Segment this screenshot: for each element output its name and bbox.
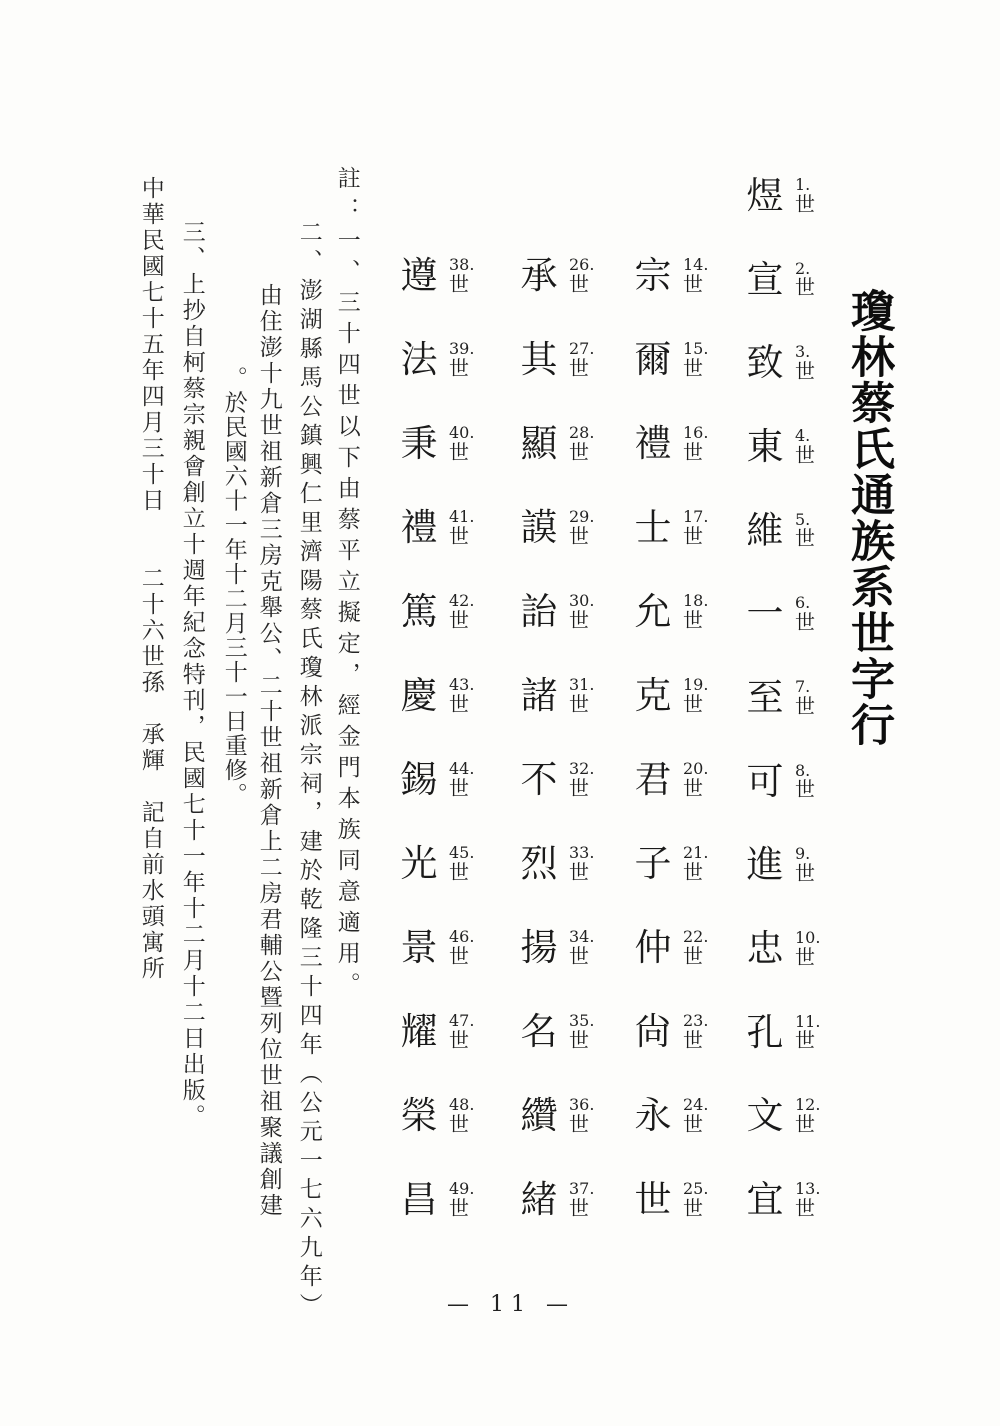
generation-item: 爾 15. 世	[632, 340, 724, 388]
generation-label: 38. 世	[449, 257, 474, 295]
generation-unit: 世	[449, 778, 474, 799]
generation-label: 29. 世	[569, 509, 594, 547]
generation-label: 45. 世	[449, 845, 474, 883]
generation-character: 致	[744, 343, 786, 384]
generation-label: 28. 世	[569, 425, 594, 463]
generation-item: 禮 41. 世	[398, 508, 490, 556]
generation-character: 進	[744, 845, 786, 886]
generation-item: 至 7. 世	[744, 678, 836, 726]
generation-column-2: 宗 14. 世 爾 15. 世 禮 16. 世 士 17. 世 允	[632, 256, 724, 1228]
generation-label: 31. 世	[569, 677, 594, 715]
generation-item: 景 46. 世	[398, 928, 490, 976]
generation-unit: 世	[569, 526, 594, 547]
document-page: 瓊林蔡氏通族系世字行 煜 1. 世 宣 2. 世 致 3. 世 東 4. 世	[0, 0, 1000, 1426]
generation-character: 維	[744, 511, 786, 552]
generation-label: 17. 世	[683, 509, 708, 547]
generation-item: 揚 34. 世	[518, 928, 610, 976]
generation-unit: 世	[569, 1114, 594, 1135]
generation-unit: 世	[683, 1198, 708, 1219]
generation-item: 榮 48. 世	[398, 1096, 490, 1144]
generation-label: 5. 世	[795, 512, 815, 550]
generation-label: 26. 世	[569, 257, 594, 295]
generation-unit: 世	[569, 862, 594, 883]
generation-character: 慶	[398, 676, 440, 717]
generation-unit: 世	[795, 612, 815, 633]
note-line-1: 註：一、三十四世以下由蔡平立擬定，經金門本族同意適用。	[332, 166, 361, 1046]
generation-character: 烈	[518, 844, 560, 885]
generation-item: 謨 29. 世	[518, 508, 610, 556]
generation-item: 永 24. 世	[632, 1096, 724, 1144]
generation-character: 宗	[632, 256, 674, 297]
generation-item: 其 27. 世	[518, 340, 610, 388]
generation-item: 承 26. 世	[518, 256, 610, 304]
generation-unit: 世	[569, 1198, 594, 1219]
generation-label: 48. 世	[449, 1097, 474, 1135]
generation-character: 謨	[518, 508, 560, 549]
generation-character: 至	[744, 678, 786, 719]
generation-character: 士	[632, 508, 674, 549]
generation-item: 遵 38. 世	[398, 256, 490, 304]
generation-unit: 世	[449, 1198, 474, 1219]
generation-item: 士 17. 世	[632, 508, 724, 556]
generation-unit: 世	[795, 277, 815, 298]
generation-label: 40. 世	[449, 425, 474, 463]
generation-item: 法 39. 世	[398, 340, 490, 388]
generation-unit: 世	[449, 862, 474, 883]
generation-label: 49. 世	[449, 1181, 474, 1219]
generation-unit: 世	[449, 946, 474, 967]
generation-label: 19. 世	[683, 677, 708, 715]
generation-character: 纘	[518, 1096, 560, 1137]
generation-unit: 世	[683, 694, 708, 715]
generation-label: 13. 世	[795, 1181, 820, 1219]
generation-unit: 世	[795, 361, 815, 382]
generation-item: 光 45. 世	[398, 844, 490, 892]
generation-character: 光	[398, 844, 440, 885]
generation-label: 44. 世	[449, 761, 474, 799]
generation-character: 名	[518, 1012, 560, 1053]
generation-item: 致 3. 世	[744, 343, 836, 391]
generation-unit: 世	[569, 274, 594, 295]
generation-item: 君 20. 世	[632, 760, 724, 808]
generation-unit: 世	[569, 946, 594, 967]
generation-character: 耀	[398, 1012, 440, 1053]
generation-label: 12. 世	[795, 1097, 820, 1135]
generation-unit: 世	[449, 442, 474, 463]
generation-item: 世 25. 世	[632, 1180, 724, 1228]
generation-character: 禮	[632, 424, 674, 465]
generation-item: 忠 10. 世	[744, 929, 836, 977]
note-line-3: 三、上抄自柯蔡宗親會創立十週年紀念特刊，民國七十一年十二月十二日出版。	[177, 220, 206, 1160]
generation-unit: 世	[449, 358, 474, 379]
page-number: — 11 —	[447, 1292, 575, 1317]
generation-label: 1. 世	[795, 177, 815, 215]
generation-item: 尙 23. 世	[632, 1012, 724, 1060]
generation-character: 世	[632, 1180, 674, 1221]
generation-character: 煜	[744, 176, 786, 217]
generation-unit: 世	[683, 442, 708, 463]
generation-item: 子 21. 世	[632, 844, 724, 892]
generation-label: 47. 世	[449, 1013, 474, 1051]
generation-label: 30. 世	[569, 593, 594, 631]
generation-character: 法	[398, 340, 440, 381]
generation-unit: 世	[449, 610, 474, 631]
generation-label: 11. 世	[795, 1014, 820, 1052]
generation-item: 可 8. 世	[744, 762, 836, 810]
generation-item: 詒 30. 世	[518, 592, 610, 640]
generation-unit: 世	[569, 1030, 594, 1051]
generation-item: 孔 11. 世	[744, 1013, 836, 1061]
generation-character: 克	[632, 676, 674, 717]
generation-unit: 世	[569, 778, 594, 799]
generation-item: 烈 33. 世	[518, 844, 610, 892]
generation-item: 禮 16. 世	[632, 424, 724, 472]
generation-item: 進 9. 世	[744, 845, 836, 893]
generation-unit: 世	[569, 694, 594, 715]
generation-character: 詒	[518, 592, 560, 633]
page-title: 瓊林蔡氏通族系世字行	[846, 288, 890, 758]
generation-column-4: 遵 38. 世 法 39. 世 秉 40. 世 禮 41. 世 篤	[398, 256, 490, 1228]
generation-column-3: 承 26. 世 其 27. 世 顯 28. 世 謨 29. 世 詒	[518, 256, 610, 1228]
generation-label: 20. 世	[683, 761, 708, 799]
generation-item: 秉 40. 世	[398, 424, 490, 472]
generation-character: 一	[744, 594, 786, 635]
generation-label: 25. 世	[683, 1181, 708, 1219]
generation-character: 揚	[518, 928, 560, 969]
generation-character: 不	[518, 760, 560, 801]
generation-character: 東	[744, 427, 786, 468]
generation-unit: 世	[795, 1030, 820, 1051]
generation-character: 可	[744, 762, 786, 803]
generation-character: 永	[632, 1096, 674, 1137]
generation-item: 一 6. 世	[744, 594, 836, 642]
generation-unit: 世	[795, 445, 815, 466]
generation-unit: 世	[569, 610, 594, 631]
generation-item: 名 35. 世	[518, 1012, 610, 1060]
generation-unit: 世	[449, 694, 474, 715]
generation-item: 慶 43. 世	[398, 676, 490, 724]
generation-item: 緒 37. 世	[518, 1180, 610, 1228]
generation-label: 23. 世	[683, 1013, 708, 1051]
generation-item: 宜 13. 世	[744, 1180, 836, 1228]
generation-unit: 世	[795, 863, 815, 884]
generation-label: 18. 世	[683, 593, 708, 631]
generation-column-1: 煜 1. 世 宣 2. 世 致 3. 世 東 4. 世 維	[744, 176, 836, 1228]
generation-unit: 世	[449, 274, 474, 295]
generation-item: 克 19. 世	[632, 676, 724, 724]
generation-item: 耀 47. 世	[398, 1012, 490, 1060]
generation-unit: 世	[683, 1114, 708, 1135]
generation-unit: 世	[683, 946, 708, 967]
generation-character: 篤	[398, 592, 440, 633]
generation-label: 6. 世	[795, 595, 815, 633]
generation-label: 34. 世	[569, 929, 594, 967]
generation-label: 8. 世	[795, 763, 815, 801]
generation-character: 爾	[632, 340, 674, 381]
generation-label: 37. 世	[569, 1181, 594, 1219]
generation-character: 錫	[398, 760, 440, 801]
generation-unit: 世	[449, 526, 474, 547]
generation-item: 文 12. 世	[744, 1096, 836, 1144]
generation-unit: 世	[449, 1030, 474, 1051]
generation-label: 35. 世	[569, 1013, 594, 1051]
generation-character: 秉	[398, 424, 440, 465]
generation-item: 允 18. 世	[632, 592, 724, 640]
colophon-date-signature: 中華民國七十五年四月三十日 二十六世孫 承輝 記自前水頭寓所	[136, 176, 165, 996]
generation-character: 子	[632, 844, 674, 885]
generation-item: 昌 49. 世	[398, 1180, 490, 1228]
generation-label: 2. 世	[795, 261, 815, 299]
note-line-2c: 。於民國六十一年十二月三十一日重修。	[219, 366, 248, 836]
generation-label: 15. 世	[683, 341, 708, 379]
generation-label: 9. 世	[795, 846, 815, 884]
generation-character: 顯	[518, 424, 560, 465]
generation-label: 39. 世	[449, 341, 474, 379]
generation-item: 宗 14. 世	[632, 256, 724, 304]
generation-label: 3. 世	[795, 344, 815, 382]
generation-item: 東 4. 世	[744, 427, 836, 475]
generation-character: 文	[744, 1096, 786, 1137]
generation-label: 36. 世	[569, 1097, 594, 1135]
generation-unit: 世	[795, 1198, 820, 1219]
generation-character: 承	[518, 256, 560, 297]
generation-item: 顯 28. 世	[518, 424, 610, 472]
generation-character: 允	[632, 592, 674, 633]
note-line-2a: 二、澎湖縣馬公鎮興仁里濟陽蔡氏瓊林派宗祠，建於乾隆三十四年（公元一七六九年）	[294, 220, 323, 1350]
generation-character: 君	[632, 760, 674, 801]
generation-item: 仲 22. 世	[632, 928, 724, 976]
generation-label: 42. 世	[449, 593, 474, 631]
generation-character: 昌	[398, 1180, 440, 1221]
generation-unit: 世	[795, 947, 820, 968]
generation-label: 27. 世	[569, 341, 594, 379]
generation-item: 宣 2. 世	[744, 260, 836, 308]
generation-unit: 世	[795, 1114, 820, 1135]
generation-item: 篤 42. 世	[398, 592, 490, 640]
generation-unit: 世	[569, 358, 594, 379]
generation-label: 4. 世	[795, 428, 815, 466]
generation-character: 禮	[398, 508, 440, 549]
generation-character: 緒	[518, 1180, 560, 1221]
generation-character: 景	[398, 928, 440, 969]
generation-label: 32. 世	[569, 761, 594, 799]
generation-label: 21. 世	[683, 845, 708, 883]
generation-unit: 世	[683, 358, 708, 379]
generation-character: 尙	[632, 1012, 674, 1053]
generation-character: 宣	[744, 260, 786, 301]
generation-item: 維 5. 世	[744, 511, 836, 559]
generation-unit: 世	[683, 1030, 708, 1051]
generation-unit: 世	[449, 1114, 474, 1135]
generation-character: 宜	[744, 1180, 786, 1221]
generation-character: 諸	[518, 676, 560, 717]
generation-unit: 世	[795, 528, 815, 549]
generation-character: 榮	[398, 1096, 440, 1137]
generation-label: 24. 世	[683, 1097, 708, 1135]
generation-label: 14. 世	[683, 257, 708, 295]
note-line-2b: 由住澎十九世祖新倉三房克舉公、二十世祖新倉上二房君輔公暨列位世祖聚議創建	[254, 283, 283, 1243]
generation-label: 22. 世	[683, 929, 708, 967]
generation-item: 諸 31. 世	[518, 676, 610, 724]
generation-label: 7. 世	[795, 679, 815, 717]
generation-item: 煜 1. 世	[744, 176, 836, 224]
generation-unit: 世	[569, 442, 594, 463]
generation-character: 仲	[632, 928, 674, 969]
generation-label: 43. 世	[449, 677, 474, 715]
generation-unit: 世	[683, 610, 708, 631]
generation-label: 16. 世	[683, 425, 708, 463]
generation-unit: 世	[795, 696, 815, 717]
generation-character: 忠	[744, 929, 786, 970]
generation-item: 不 32. 世	[518, 760, 610, 808]
generation-label: 10. 世	[795, 930, 820, 968]
generation-item: 纘 36. 世	[518, 1096, 610, 1144]
generation-character: 其	[518, 340, 560, 381]
generation-label: 41. 世	[449, 509, 474, 547]
generation-character: 孔	[744, 1013, 786, 1054]
generation-item: 錫 44. 世	[398, 760, 490, 808]
generation-character: 遵	[398, 256, 440, 297]
generation-unit: 世	[683, 778, 708, 799]
generation-label: 46. 世	[449, 929, 474, 967]
generation-unit: 世	[683, 274, 708, 295]
generation-unit: 世	[795, 194, 815, 215]
generation-unit: 世	[795, 779, 815, 800]
generation-unit: 世	[683, 862, 708, 883]
generation-unit: 世	[683, 526, 708, 547]
generation-label: 33. 世	[569, 845, 594, 883]
